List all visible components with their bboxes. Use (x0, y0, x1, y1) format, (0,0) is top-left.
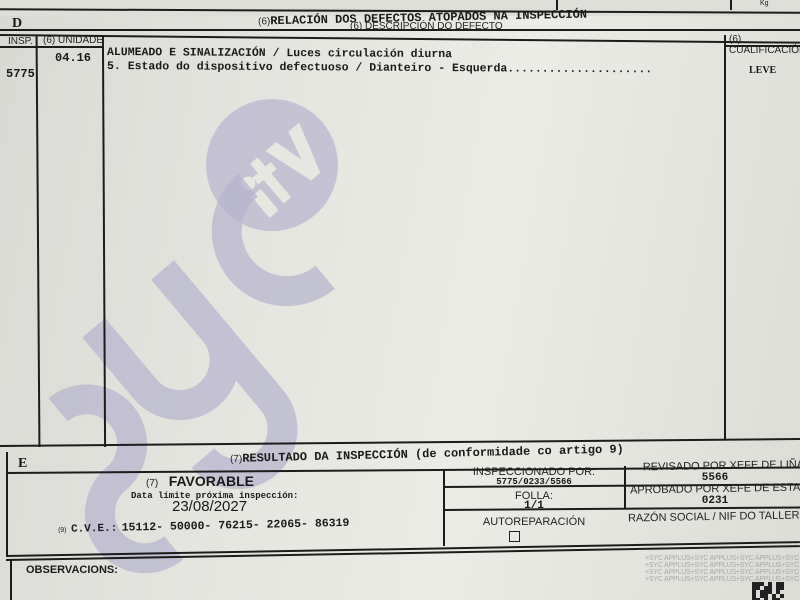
observations-label: OBSERVACIONS: (26, 564, 118, 576)
cve-label: C.V.E.: (71, 523, 117, 536)
section-d-title-prefix: (6) (258, 16, 270, 27)
self-repair-checkbox[interactable] (509, 531, 520, 542)
inspected-by-value: 5775/0233/5566 (444, 477, 624, 487)
col-unidade-header: (6) UNIDADE (43, 35, 103, 46)
result: (7) FAVORABLE (146, 473, 254, 491)
qr-code-icon (752, 582, 784, 600)
col-header-rule-right (724, 45, 800, 47)
security-print: +SYC APPLUS+SYC APPLUS+SYC APPLUS+SYC AP… (645, 555, 800, 583)
section-e-left-border (6, 452, 8, 557)
column-divider (36, 35, 40, 447)
section-e-title-prefix: (7) (230, 454, 242, 465)
section-e-letter: E (18, 456, 27, 472)
defect-line-2: 5. Estado do dispositivo defectuoso / Di… (107, 60, 652, 76)
section-d-letter: D (12, 16, 22, 32)
approved-by-value: 0231 (640, 495, 790, 507)
cve-value: 15112- 50000- 76215- 22065- 86319 (122, 517, 350, 535)
defect-insp: 5775 (6, 67, 35, 81)
unit-label: Kg (760, 0, 769, 7)
cve: (9) C.V.E.: 15112- 50000- 76215- 22065- … (58, 513, 350, 537)
description-header: (6) DESCRIPCIÓN DO DEFECTO (350, 21, 503, 32)
section-e-title-text: RESULTADO DA INSPECCIÓN (de conformidade… (242, 442, 624, 465)
syc-itv-watermark-icon (0, 0, 800, 600)
defect-unidade: 04.16 (55, 51, 91, 65)
top-divider (730, 0, 732, 10)
next-inspection-date: 23/08/2027 (172, 498, 247, 515)
col-header-rule (0, 46, 104, 48)
defect-line-1: ALUMEADO E SINALIZACIÓN / Luces circulac… (107, 46, 452, 61)
result-prefix: (7) (146, 478, 158, 489)
security-text-line: +SYC APPLUS+SYC APPLUS+SYC APPLUS+SYC AP… (645, 562, 800, 569)
column-divider (724, 35, 726, 440)
sheet-value: 1/1 (444, 500, 624, 512)
column-divider (102, 35, 106, 447)
cve-prefix: (9) (58, 527, 67, 534)
result-value: FAVORABLE (169, 473, 254, 489)
self-repair-label: AUTOREPARACIÓN (444, 516, 624, 528)
security-text-line: +SYC APPLUS+SYC APPLUS+SYC APPLUS+SYC AP… (645, 569, 800, 576)
workshop-label: RAZÓN SOCIAL / NIF DO TALLER (628, 510, 800, 525)
observations-left-border (10, 560, 12, 600)
header-rule (0, 34, 800, 43)
box-divider (624, 466, 626, 508)
security-text-line: +SYC APPLUS+SYC APPLUS+SYC APPLUS+SYC AP… (645, 555, 800, 562)
defect-cualificacion: LEVE (749, 65, 776, 76)
